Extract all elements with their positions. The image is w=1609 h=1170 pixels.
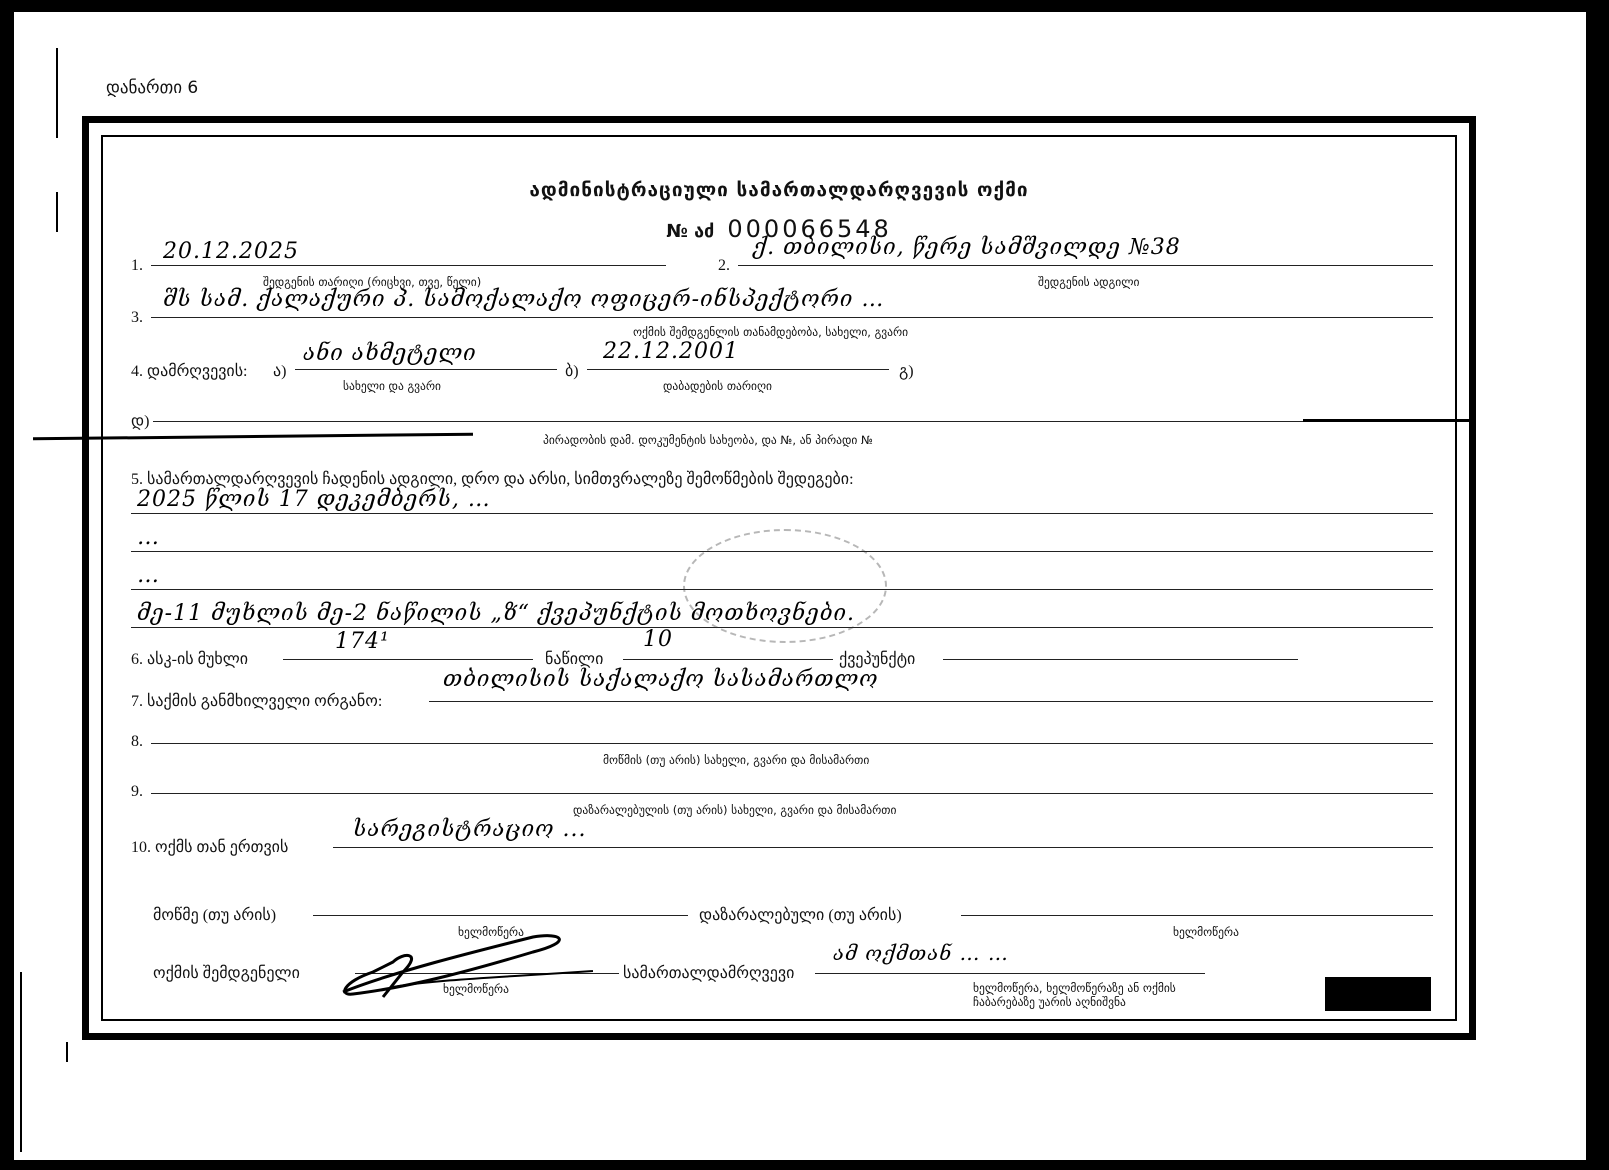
field-7-label: 7. საქმის განმხილველი ორგანო: <box>131 691 382 711</box>
form-number-prefix: № აძ <box>666 221 714 242</box>
faint-stamp <box>683 529 887 643</box>
field-2-line <box>738 265 1433 266</box>
reviewing-body-value[interactable]: თბილისის საქალაქო სასამართლო <box>443 667 878 692</box>
field-9-line <box>151 793 1433 794</box>
author-label: ოქმის შემდგენელი <box>153 963 300 983</box>
field-10-label: 10. ოქმს თან ერთვის <box>131 837 288 857</box>
field-5-text-line-1[interactable]: 2025 წლის 17 დეკემბერს, … <box>137 487 491 512</box>
field-1-date-value[interactable]: 20.12.2025 <box>163 239 299 264</box>
field-9-caption: დაზარალებულის (თუ არის) სახელი, გვარი და… <box>573 803 896 817</box>
field-2-caption: შედგენის ადგილი <box>1038 275 1139 289</box>
field-4d-caption: პირადობის დამ. დოკუმენტის სახეობა, და №,… <box>543 433 873 447</box>
form-title: ადმინისტრაციული სამართალდარღვევის ოქმი <box>103 179 1455 201</box>
annex-label: დანართი 6 <box>106 78 198 98</box>
field-5-label: 5. სამართალდარღვევის ჩადენის ადგილი, დრო… <box>131 469 854 489</box>
offender-signature-line[interactable] <box>815 973 1205 974</box>
field-3-officer-value[interactable]: შს სამ. ქალაქური პ. სამოქალაქო ოფიცერ-ინ… <box>163 287 884 312</box>
field-4b-label: ბ) <box>565 361 579 381</box>
field-2-number: 2. <box>718 257 730 275</box>
field-6-subpoint-label: ქვეპუნქტი <box>839 649 915 669</box>
offender-signature-caption-2: ჩაბარებაზე უარის აღნიშვნა <box>973 995 1126 1009</box>
article-value[interactable]: 174¹ <box>335 629 390 654</box>
field-6-label: 6. ასკ-ის მუხლი <box>131 649 248 669</box>
scan-streak <box>33 433 473 441</box>
field-4b-line <box>587 369 889 370</box>
form-inner-frame: ადმინისტრაციული სამართალდარღვევის ოქმი №… <box>101 135 1457 1021</box>
field-6-part-line <box>623 659 833 660</box>
victim-signature-caption: ხელმოწერა <box>1173 925 1239 939</box>
offender-label: სამართალდამრღვევი <box>623 963 794 983</box>
field-4c-label: გ) <box>899 361 914 381</box>
field-4b-caption: დაბადების თარიღი <box>663 379 772 393</box>
scan-streak <box>1303 419 1473 422</box>
victim-label: დაზარალებული (თუ არის) <box>699 905 902 925</box>
victim-signature-line[interactable] <box>961 915 1433 916</box>
field-10-line <box>333 847 1433 848</box>
witness-label: მოწმე (თუ არის) <box>153 905 276 925</box>
field-6-article-line <box>283 659 533 660</box>
field-6-part-label: ნაწილი <box>545 649 603 669</box>
field-4d-label: დ) <box>131 411 149 431</box>
offender-signature-caption-1: ხელმოწერა, ხელმოწერაზე ან ოქმის <box>973 981 1176 995</box>
field-7-line <box>429 701 1433 702</box>
field-5-line-1 <box>131 513 1433 514</box>
attachments-value[interactable]: სარეგისტრაციო ... <box>353 817 587 842</box>
field-5-text-line-3[interactable]: … <box>137 563 160 588</box>
field-1-number: 1. <box>131 257 143 275</box>
scan-mark <box>56 48 58 138</box>
scanned-page: დანართი 6 ადმინისტრაციული სამართალდარღვე… <box>14 12 1586 1160</box>
scan-mark <box>66 1042 68 1062</box>
field-8-number: 8. <box>131 733 143 751</box>
field-6-subpoint-line <box>943 659 1298 660</box>
field-2-place-value[interactable]: ქ. თბილისი, წერე სამშვილდე №38 <box>753 235 1181 260</box>
field-3-number: 3. <box>131 309 143 327</box>
scan-mark <box>56 192 58 232</box>
field-5-text-line-2[interactable]: … <box>137 525 160 550</box>
field-4a-line <box>295 369 557 370</box>
field-4d-line <box>153 421 1433 422</box>
field-4a-label: ა) <box>273 361 286 381</box>
field-4a-caption: სახელი და გვარი <box>343 379 441 393</box>
witness-signature-line[interactable] <box>313 915 688 916</box>
field-3-line <box>151 317 1433 318</box>
offender-name-value[interactable]: ანი ახმეტელი <box>303 341 477 366</box>
field-4-label: 4. დამრღვევის: <box>131 361 248 381</box>
field-8-caption: მოწმის (თუ არის) სახელი, გვარი და მისამა… <box>603 753 869 767</box>
field-1-line <box>151 265 666 266</box>
offender-birthdate-value[interactable]: 22.12.2001 <box>603 339 739 364</box>
field-8-line <box>151 743 1433 744</box>
part-value[interactable]: 10 <box>643 627 673 652</box>
redaction-box <box>1325 977 1431 1011</box>
offender-signature-value: ამ ოქმთან … … <box>833 941 1009 965</box>
field-9-number: 9. <box>131 783 143 801</box>
scan-mark <box>20 972 22 1152</box>
form-frame: ადმინისტრაციული სამართალდარღვევის ოქმი №… <box>82 116 1476 1040</box>
field-3-caption: ოქმის შემდგენლის თანამდებობა, სახელი, გვ… <box>633 325 908 339</box>
